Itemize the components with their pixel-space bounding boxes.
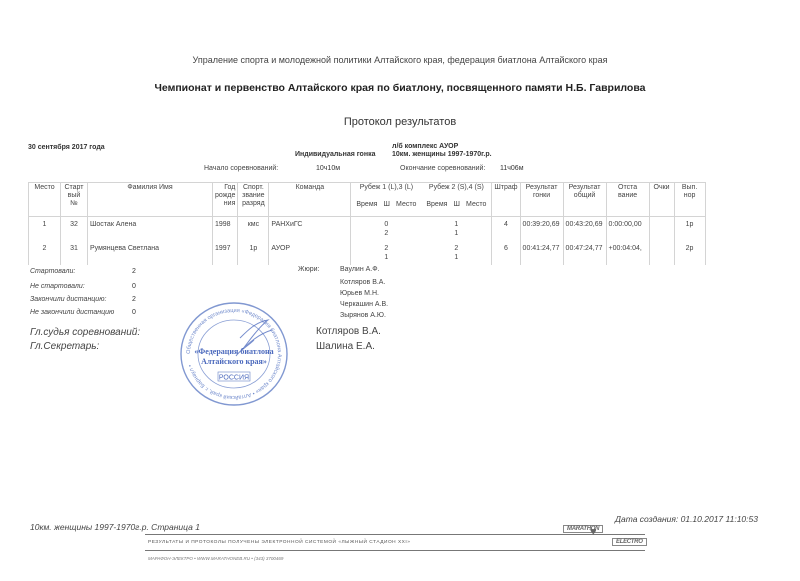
range2-place: Место: [466, 201, 486, 209]
col-points: Очки: [649, 183, 674, 217]
protocol-heading: Протокол результатов: [0, 116, 800, 128]
col-year: Год рожде ния: [213, 183, 238, 217]
start-time-label: Начало соревнований:: [204, 165, 278, 172]
range1-shot-2: 1: [384, 253, 388, 262]
col-rank: Спорт. звание разряд: [238, 183, 269, 217]
cell-bib: 31: [61, 241, 88, 265]
jury-member: Юрьев М.Н.: [340, 290, 379, 297]
col-qualification: Вып. нор: [674, 183, 705, 217]
table-header-row: Место Старт вый № Фамилия Имя Год рожде …: [29, 183, 706, 217]
seal-country: РОССИЯ: [219, 375, 249, 382]
jury-member: Черкашин А.В.: [340, 301, 388, 308]
jury-member: Зырянов А.Ю.: [340, 312, 386, 319]
stat-finished-label: Закончили дистанцию:: [30, 296, 106, 303]
cell-range1: 2 1: [351, 241, 422, 265]
cell-name: Шостак Алена: [88, 217, 213, 242]
range1-place: Место: [396, 201, 416, 209]
footer-divider-bottom: [145, 550, 645, 551]
jury-member: Ваулин А.Ф.: [340, 266, 380, 273]
event-title: Чемпионат и первенство Алтайского края п…: [150, 82, 650, 95]
jury-member: Котляров В.А.: [340, 279, 385, 286]
col-team: Команда: [269, 183, 351, 217]
federation-seal-stamp: Общественная организация «Федерация биат…: [178, 300, 290, 408]
start-time-value: 10ч10м: [316, 165, 340, 172]
organization-line: Упраление спорта и молодежной политики А…: [0, 55, 800, 65]
cell-behind: +00:04:04,: [606, 241, 649, 265]
range1-title: Рубеж 1 (L),3 (L): [353, 184, 419, 192]
stat-not-started-label: Не стартовали:: [30, 283, 85, 290]
stat-not-finished-value: 0: [132, 309, 136, 316]
cell-place: 2: [29, 241, 61, 265]
range2-shot-1: 1: [454, 220, 458, 229]
stat-not-finished-label: Не закончили дистанцию: [30, 309, 114, 316]
chief-secretary-label: Гл.Секретарь:: [30, 341, 99, 352]
col-penalty: Штраф: [492, 183, 520, 217]
cell-rank: кмс: [238, 217, 269, 242]
page-info: 10км. женщины 1997-1970г.р. Страница 1: [30, 522, 200, 532]
footer-divider-top: [145, 534, 645, 535]
results-table: Место Старт вый № Фамилия Имя Год рожде …: [28, 182, 706, 265]
range2-shot-2: 1: [454, 253, 458, 262]
race-type: Индивидуальная гонка: [295, 151, 375, 158]
stat-finished-value: 2: [132, 296, 136, 303]
range2-title: Рубеж 2 (S),4 (S): [423, 184, 489, 192]
seal-center-line2: Алтайского края»: [201, 357, 267, 366]
heart-icon: ♥: [590, 527, 600, 537]
range2-shot-1: 2: [454, 244, 458, 253]
cell-qualification: 1р: [674, 217, 705, 242]
cell-team: РАНХиГС: [269, 217, 351, 242]
jury-label: Жюри:: [298, 266, 319, 273]
event-date: 30 сентября 2017 года: [28, 144, 105, 151]
chief-judge-label: Гл.судья соревнований:: [30, 327, 140, 338]
range1-shots: Ш: [384, 201, 390, 209]
system-credit: РЕЗУЛЬТАТЫ И ПРОТОКОЛЫ ПОЛУЧЕНЫ ЭЛЕКТРОН…: [148, 540, 410, 545]
cell-name: Румянцева Светлана: [88, 241, 213, 265]
range1-shot-1: 0: [384, 220, 388, 229]
cell-place: 1: [29, 217, 61, 242]
seal-center-line1: «Федерация биатлона: [194, 347, 273, 356]
cell-points: [649, 241, 674, 265]
cell-bib: 32: [61, 217, 88, 242]
end-time-label: Окончание соревнований:: [400, 165, 485, 172]
cell-year: 1998: [213, 217, 238, 242]
range1-time: Время: [356, 201, 377, 209]
chief-secretary-name: Шалина Е.А.: [316, 341, 375, 352]
stat-started-label: Стартовали:: [30, 268, 75, 275]
range2-shot-2: 1: [454, 229, 458, 238]
col-total-result: Результат общий: [563, 183, 606, 217]
cell-rank: 1р: [238, 241, 269, 265]
table-row: 1 32 Шостак Алена 1998 кмс РАНХиГС 0 2 1…: [29, 217, 706, 242]
col-bib: Старт вый №: [61, 183, 88, 217]
cell-range1: 0 2: [351, 217, 422, 242]
cell-penalty: 6: [492, 241, 520, 265]
col-range2: Рубеж 2 (S),4 (S) Время Ш Место: [421, 183, 492, 217]
venue: л/б комплекс АУОР: [392, 143, 458, 150]
cell-points: [649, 217, 674, 242]
cell-range2: 1 1: [421, 217, 492, 242]
creation-date: Дата создания: 01.10.2017 11:10:53: [615, 514, 758, 524]
range2-time: Время: [426, 201, 447, 209]
race-category: 10км. женщины 1997-1970г.р.: [392, 151, 492, 158]
col-place: Место: [29, 183, 61, 217]
cell-total-result: 00:47:24,77: [563, 241, 606, 265]
stat-not-started-value: 0: [132, 283, 136, 290]
col-race-result: Результат гонки: [520, 183, 563, 217]
cell-race-result: 00:39:20,69: [520, 217, 563, 242]
cell-total-result: 00:43:20,69: [563, 217, 606, 242]
col-name: Фамилия Имя: [88, 183, 213, 217]
cell-year: 1997: [213, 241, 238, 265]
range1-shot-1: 2: [384, 244, 388, 253]
col-behind: Отста вание: [606, 183, 649, 217]
electro-logo: ELECTRO: [612, 538, 647, 546]
cell-range2: 2 1: [421, 241, 492, 265]
chief-judge-name: Котляров В.А.: [316, 326, 381, 337]
stat-started-value: 2: [132, 268, 136, 275]
range2-shots: Ш: [454, 201, 460, 209]
cell-qualification: 2р: [674, 241, 705, 265]
cell-penalty: 4: [492, 217, 520, 242]
system-contacts: МАРАФОН-ЭЛЕКТРО • WWW.MARATHONEB.RU • (3…: [148, 556, 283, 561]
range1-shot-2: 2: [384, 229, 388, 238]
cell-behind: 0:00:00,00: [606, 217, 649, 242]
end-time-value: 11ч06м: [500, 165, 524, 172]
cell-team: АУОР: [269, 241, 351, 265]
cell-race-result: 00:41:24,77: [520, 241, 563, 265]
col-range1: Рубеж 1 (L),3 (L) Время Ш Место: [351, 183, 422, 217]
table-row: 2 31 Румянцева Светлана 1997 1р АУОР 2 1…: [29, 241, 706, 265]
